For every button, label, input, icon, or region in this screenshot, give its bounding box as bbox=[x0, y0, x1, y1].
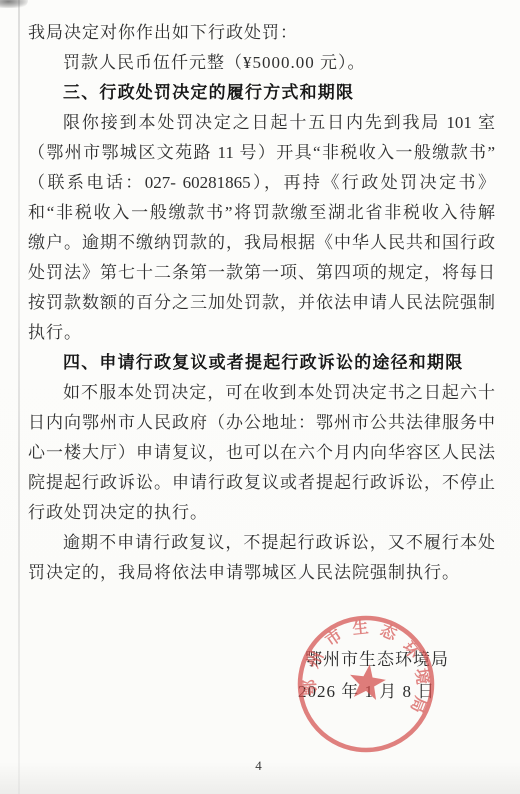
body-line: 日内向鄂州市人民政府（办公地址：鄂州市公共法律服务中 bbox=[28, 408, 495, 438]
document-body: 我局决定对你作出如下行政处罚：罚款人民币伍仟元整（¥5000.00 元）。三、行… bbox=[28, 18, 495, 588]
signature-date: 2026 年 1 月 8 日 bbox=[298, 677, 435, 702]
body-line: 行政处罚决定的执行。 bbox=[28, 498, 495, 528]
body-line: 罚决定的，我局将依法申请鄂城区人民法院强制执行。 bbox=[28, 558, 495, 588]
body-line: 执行。 bbox=[28, 318, 495, 348]
body-line: 限你接到本处罚决定之日起十五日内先到我局 101 室 bbox=[28, 108, 495, 138]
body-line: （鄂州市鄂城区文苑路 11 号）开具“非税收入一般缴款书” bbox=[28, 138, 495, 168]
body-line: 按罚款数额的百分之三加处罚款，并依法申请人民法院强制 bbox=[28, 288, 495, 318]
body-line: （联系电话：027- 60281865），再持《行政处罚决定书》 bbox=[28, 168, 495, 198]
body-line: 如不服本处罚决定，可在收到本处罚决定书之日起六十 bbox=[28, 378, 495, 408]
document-page: 我局决定对你作出如下行政处罚：罚款人民币伍仟元整（¥5000.00 元）。三、行… bbox=[0, 0, 520, 794]
section-heading: 四、申请行政复议或者提起行政诉讼的途径和期限 bbox=[28, 348, 495, 378]
body-line: 缴户。逾期不缴纳罚款的，我局根据《中华人民共和国行政 bbox=[28, 228, 495, 258]
body-line: 我局决定对你作出如下行政处罚： bbox=[28, 18, 495, 48]
signature-agency: 鄂州市生态环境局 bbox=[305, 645, 449, 670]
scan-artifact-smudge bbox=[0, 0, 28, 8]
body-line: 和“非税收入一般缴款书”将罚款缴至湖北省非税收入待解 bbox=[28, 198, 495, 228]
body-line: 逾期不申请行政复议，不提起行政诉讼，又不履行本处 bbox=[28, 528, 495, 558]
body-line: 罚款人民币伍仟元整（¥5000.00 元）。 bbox=[28, 48, 495, 78]
scan-artifact-line bbox=[18, 0, 20, 794]
body-line: 心一楼大厅）申请复议，也可以在六个月内向华容区人民法 bbox=[28, 438, 495, 468]
section-heading: 三、行政处罚决定的履行方式和期限 bbox=[28, 78, 495, 108]
body-line: 处罚法》第七十二条第一款第一项、第四项的规定，将每日 bbox=[28, 258, 495, 288]
page-number: 4 bbox=[0, 758, 517, 774]
body-line: 院提起行政诉讼。申请行政复议或者提起行政诉讼，不停止 bbox=[28, 468, 495, 498]
